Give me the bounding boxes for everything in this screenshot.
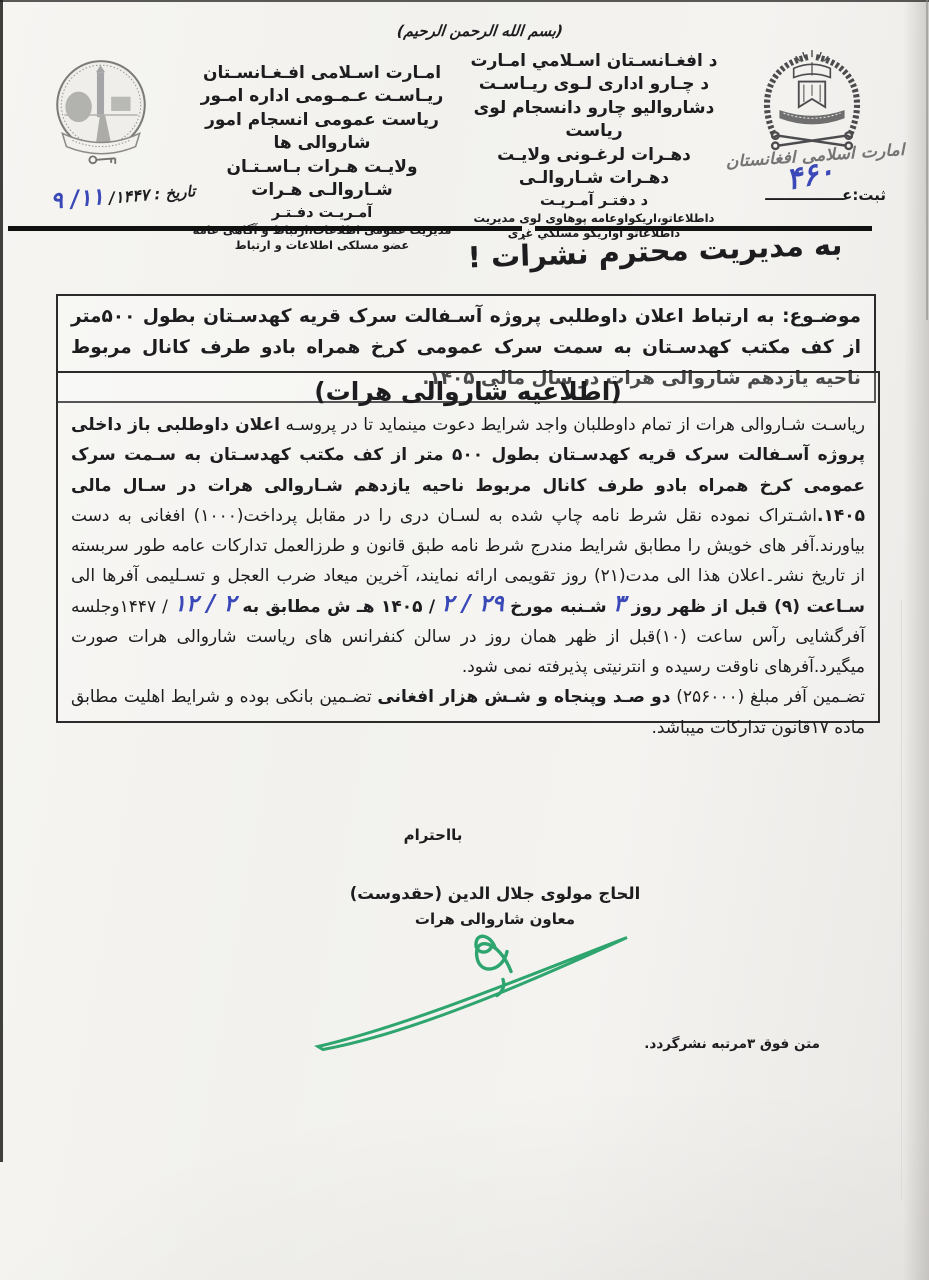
text-segment-bold: دو صـد وپنجاه و شـش هزار افغانی	[377, 687, 670, 707]
letterhead-line: ریـاسـت عـمـومی اداره امـور	[182, 85, 462, 108]
herat-municipality-seal-icon	[50, 56, 152, 170]
letterhead-line: د چـارو اداری لـوی ریـاسـت	[455, 73, 733, 96]
scan-edge-left	[0, 0, 3, 1162]
text-segment-blue: ۳	[613, 591, 625, 617]
notice-box: (اطلاعیه شاروالی هرات) ریاسـت شـاروالی ه…	[56, 371, 880, 723]
letterhead-line: دشاروالیو چارو دانسجام لوی ریاست	[455, 97, 733, 144]
scan-edge-right-line	[926, 0, 928, 320]
text-segment-bold: / ۱۴۰۵ هـ ش مطابق به	[236, 597, 442, 617]
text-segment-blue: ۲ / ۱۲	[174, 591, 236, 617]
paper-crease	[901, 600, 902, 1200]
letterhead-line: دهـرات شـاروالـی	[455, 167, 733, 190]
date-year-printed: ۱۴۴۷/	[108, 185, 150, 207]
notice-paragraph-1: ریاسـت شـاروالی هرات از تمام داوطلبان وا…	[71, 410, 865, 682]
text-segment-regular: ریاسـت شـاروالی هرات از تمام داوطلبان وا…	[280, 415, 865, 435]
scan-edge-top	[0, 0, 929, 2]
date-label: تاریخ :	[153, 182, 195, 204]
date-line: تاریخ : ۱۴۴۷/ ۱۱/ ۹	[10, 176, 197, 218]
letterhead-line: داطلاعاتو،اریکواوعامه پوهاوی لوی مدیریت	[455, 211, 733, 226]
closing-salutation: بااحترام	[388, 826, 478, 844]
letterhead-line: عضو مسلکی اطلاعات و ارتباط	[182, 238, 462, 253]
signatory-name: الحاج مولوی جلال الدین (حقدوست)	[320, 884, 670, 903]
date-handwritten: ۱۱/ ۹	[49, 184, 105, 215]
letterhead-line: ولایـت هـرات بـاسـتـان	[182, 156, 462, 179]
text-segment-bold: سـاعت (۹) قبل از ظهر روز	[625, 597, 865, 617]
letterhead-pashto-column: د افغـانسـتان اسـلامي امـارت د چـارو ادا…	[455, 50, 733, 241]
text-segment-blue: ۲۹ / ۲	[441, 591, 503, 617]
letterhead-line: دهـرات لرغـونی ولایـت	[455, 144, 733, 167]
text-segment-regular: تضـمین آفر مبلغ (۲۵۶۰۰۰)	[670, 687, 865, 707]
letterhead-line: امـارت اسـلامی افـغـانسـتان	[182, 62, 462, 85]
signature-green-pen	[293, 918, 643, 1056]
notice-title: (اطلاعیه شاروالی هرات)	[71, 377, 865, 406]
publication-footnote: متن فوق ۳مرتبه نشرگردد.	[620, 1036, 820, 1052]
letterhead-line: د دفتـر آمـریـت	[455, 191, 733, 211]
letterhead-line: آمـریـت دفـتـر	[182, 203, 462, 223]
registration-label: ثبت:عـــــــــــــــ	[740, 186, 886, 204]
scanned-letter-page: { "document": { "bismillah": "(بسم الله …	[0, 0, 929, 1280]
bismillah-line: (بسم الله الرحمن الرحيم)	[364, 22, 596, 40]
text-segment-bold: شـنبه مورخ	[504, 597, 613, 617]
letterhead-line: ریاست عمومی انسجام امور شاروالی ها	[182, 109, 462, 156]
letterhead-line: شـاروالـی هـرات	[182, 179, 462, 202]
letterhead-dari-column: امـارت اسـلامی افـغـانسـتان ریـاسـت عـمـ…	[182, 62, 462, 253]
header-divider	[8, 226, 522, 231]
letterhead-line: د افغـانسـتان اسـلامي امـارت	[455, 50, 733, 73]
text-segment-regular: اشـتراک نموده نقل شرط نامه چاپ شده به لس…	[71, 506, 865, 587]
notice-paragraph-2: تضـمین آفر مبلغ (۲۵۶۰۰۰) دو صـد وپنجاه و…	[71, 682, 865, 743]
